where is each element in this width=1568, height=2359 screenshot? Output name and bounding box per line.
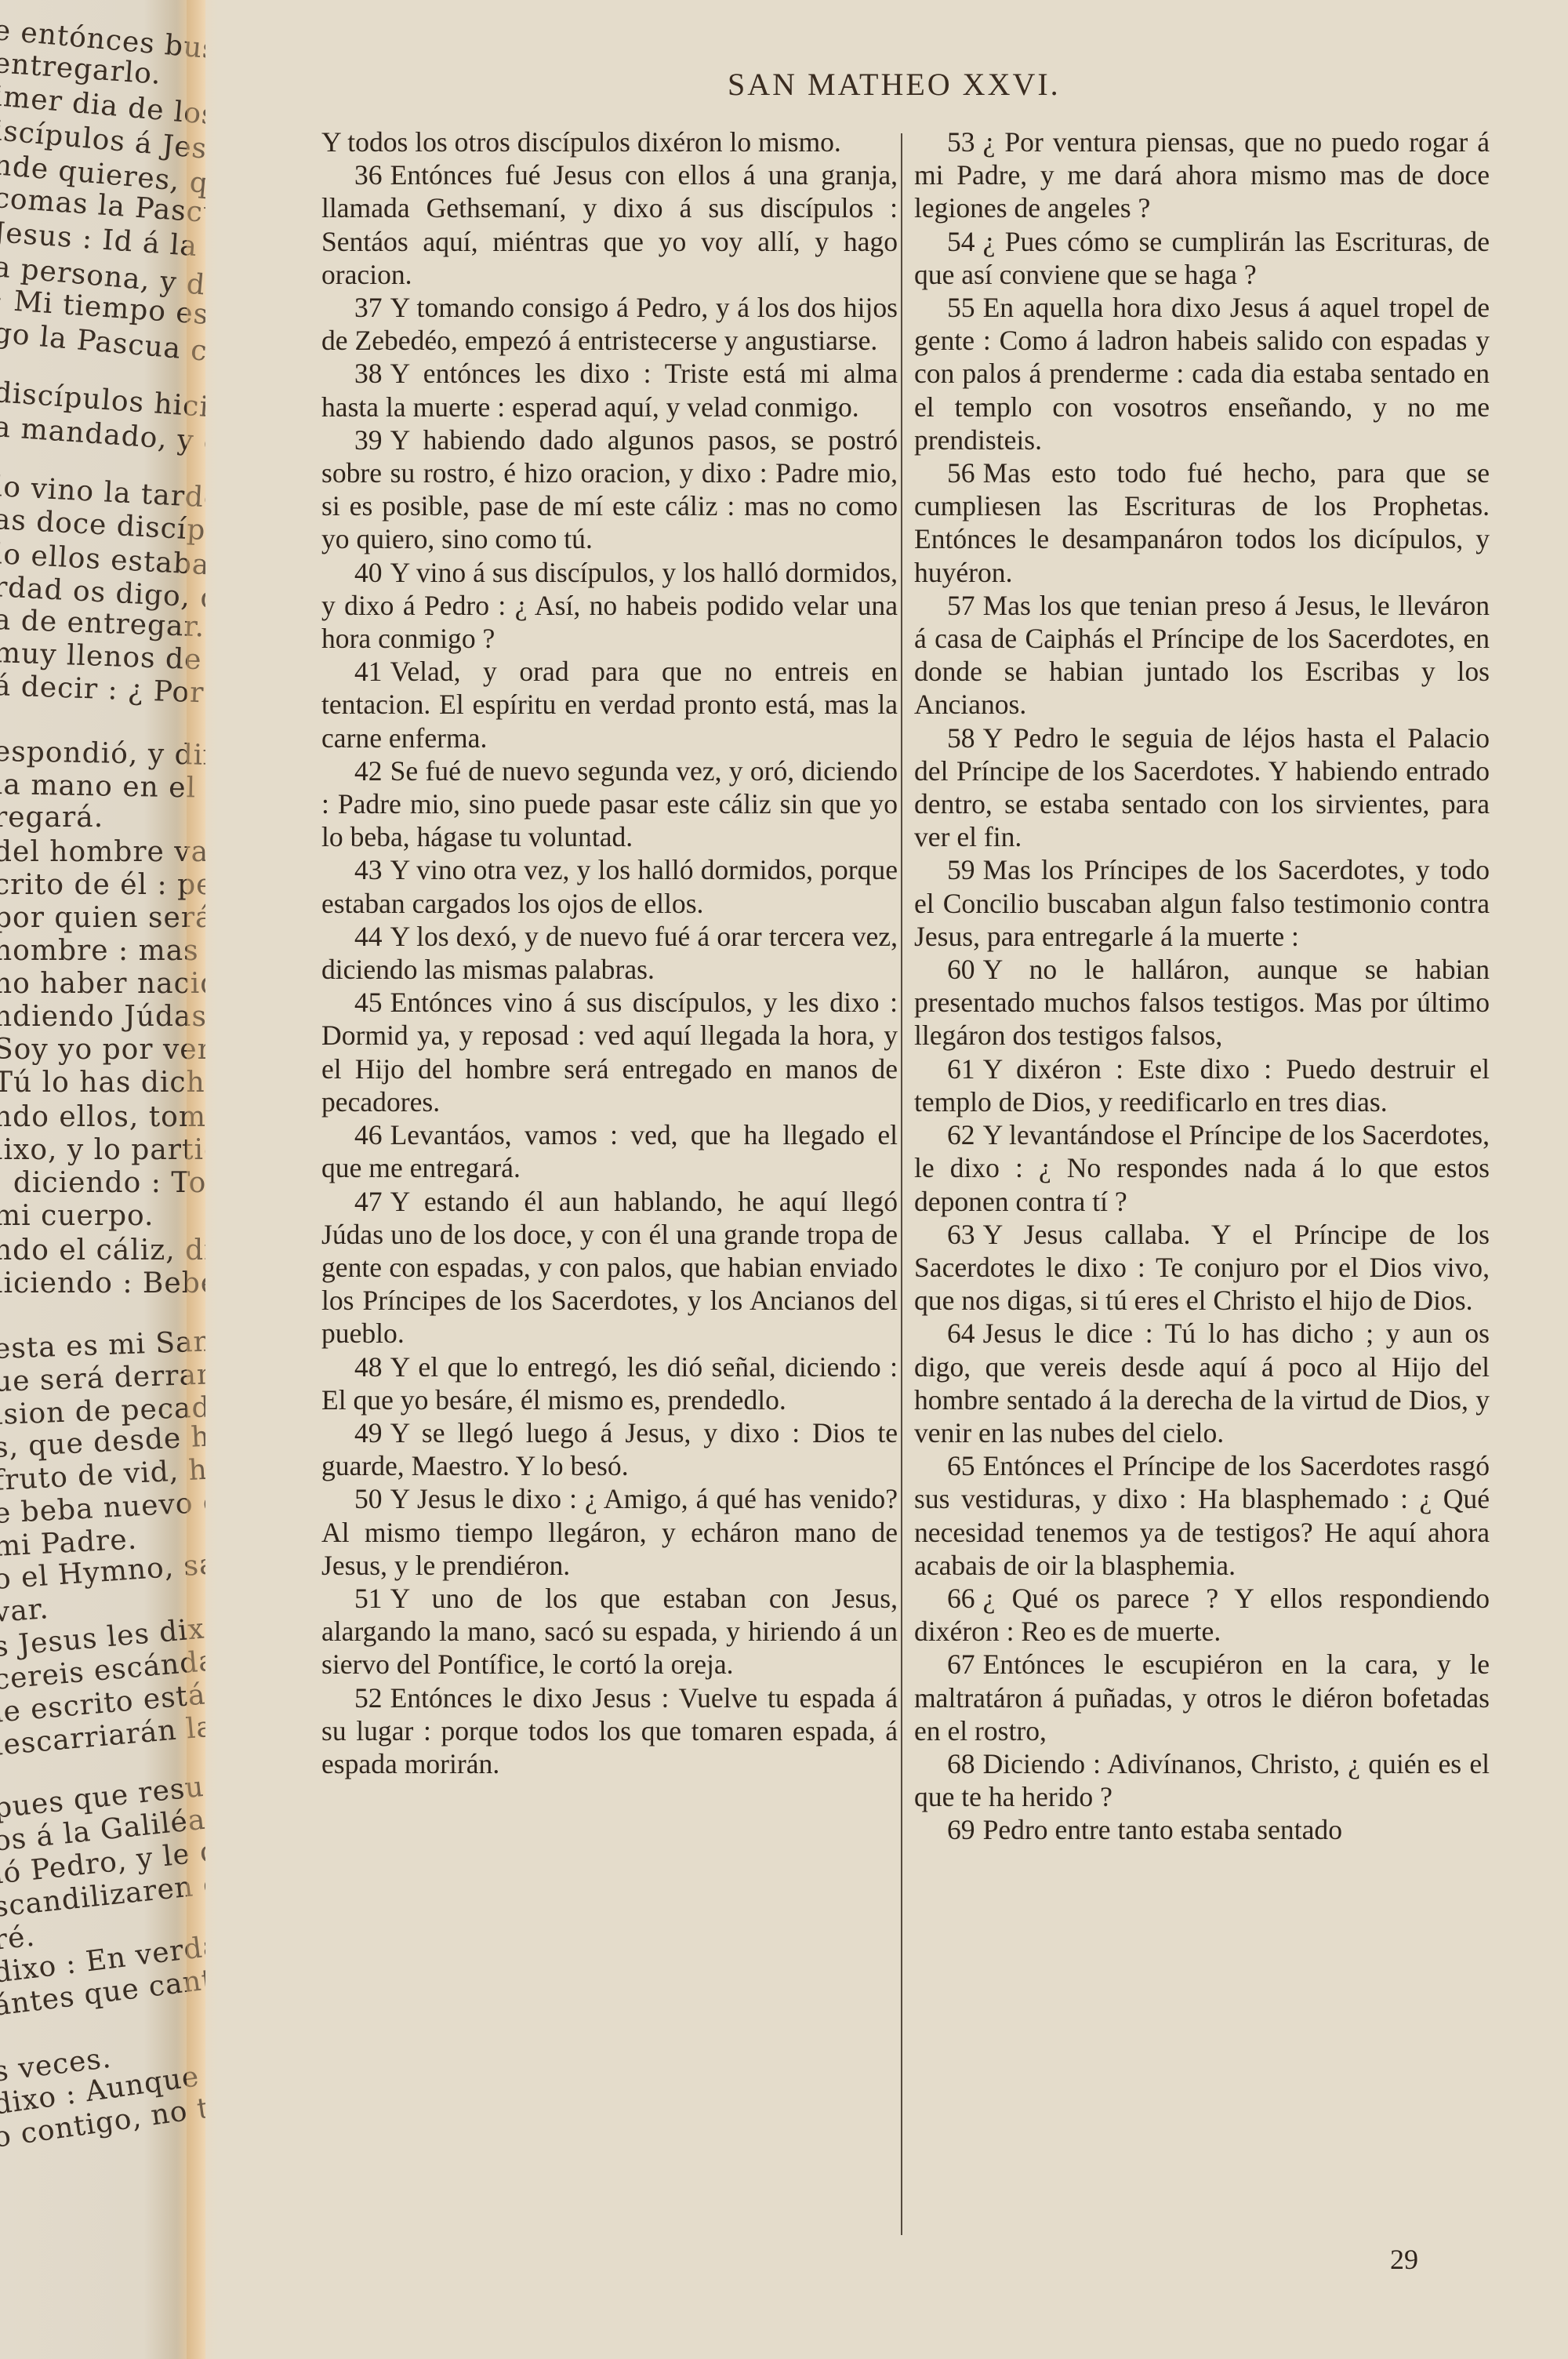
verse: 49Y se llegó luego á Jesus, y dixo : Dio… xyxy=(321,1416,898,1482)
verse-number: 43 xyxy=(354,854,383,885)
verse-text: Diciendo : Adivínanos, Christo, ¿ quién … xyxy=(914,1748,1490,1812)
book-page: SAN MATHEO XXVI. Y todos los otros discí… xyxy=(0,0,1568,2359)
verse-text: Se fué de nuevo segunda vez, y oró, dici… xyxy=(321,755,898,852)
verse: 36Entónces fué Jesus con ellos á una gra… xyxy=(321,158,898,291)
verse: 51Y uno de los que estaban con Jesus, al… xyxy=(321,1582,898,1681)
verse-text: Mas los Príncipes de los Sacerdotes, y t… xyxy=(914,854,1490,951)
verse: 46Levantáos, vamos : ved, que ha llegado… xyxy=(321,1118,898,1184)
verse: 43Y vino otra vez, y los halló dormidos,… xyxy=(321,853,898,919)
verse-number: 63 xyxy=(947,1219,975,1250)
page-number: 29 xyxy=(1390,2243,1418,2276)
verse-number: 61 xyxy=(947,1053,975,1085)
verse-text: Y vino otra vez, y los halló dormidos, p… xyxy=(321,854,898,918)
verse-text: ¿ Pues cómo se cumplirán las Escrituras,… xyxy=(914,226,1490,290)
verse-number: 54 xyxy=(947,226,975,257)
verse-text: Y el que lo entregó, les dió señal, dici… xyxy=(321,1351,898,1416)
verse: 65Entónces el Príncipe de los Sacerdotes… xyxy=(914,1449,1490,1582)
verse-text: Y no le halláron, aunque se habian prese… xyxy=(914,954,1490,1051)
verse-text: Y Jesus le dixo : ¿ Amigo, á qué has ven… xyxy=(321,1483,898,1580)
verse-number: 58 xyxy=(947,722,975,754)
verse-number: 37 xyxy=(354,292,383,323)
verse-text: Y estando él aun hablando, he aquí llegó… xyxy=(321,1186,898,1350)
verse-number: 57 xyxy=(947,590,975,621)
verse: 63Y Jesus callaba. Y el Príncipe de los … xyxy=(914,1218,1490,1318)
verse-number: 60 xyxy=(947,954,975,985)
verse-text: Entónces vino á sus discípulos, y les di… xyxy=(321,987,898,1118)
verse-number: 53 xyxy=(947,126,975,158)
verse: 64Jesus le dice : Tú lo has dicho ; y au… xyxy=(914,1317,1490,1449)
verse-text: Y vino á sus discípulos, y los halló dor… xyxy=(321,557,898,654)
verse: 53¿ Por ventura piensas, que no puedo ro… xyxy=(914,125,1490,225)
verse-text: Y uno de los que estaban con Jesus, alar… xyxy=(321,1583,898,1680)
verse: 48Y el que lo entregó, les dió señal, di… xyxy=(321,1350,898,1416)
verse-number: 49 xyxy=(354,1417,383,1448)
verse-text: Mas esto todo fué hecho, para que se cum… xyxy=(914,457,1490,588)
verse-text: Y se llegó luego á Jesus, y dixo : Dios … xyxy=(321,1417,898,1481)
verse-text: Y Pedro le seguia de léjos hasta el Pala… xyxy=(914,722,1490,853)
verse-number: 41 xyxy=(354,656,383,687)
verse-text: ¿ Qué os parece ? Y ellos respondiendo d… xyxy=(914,1583,1490,1647)
verse: 41Velad, y orad para que no entreis en t… xyxy=(321,655,898,754)
verse-text: Mas los que tenian preso á Jesus, le lle… xyxy=(914,590,1490,721)
verse: 56Mas esto todo fué hecho, para que se c… xyxy=(914,456,1490,589)
verse-number: 47 xyxy=(354,1186,383,1217)
verse-number: 65 xyxy=(947,1450,975,1481)
verse-number: 46 xyxy=(354,1119,383,1150)
verse-number: 62 xyxy=(947,1119,975,1150)
verse: 62Y levantándose el Príncipe de los Sace… xyxy=(914,1118,1490,1218)
verse-number: 56 xyxy=(947,457,975,489)
verse: 58Y Pedro le seguia de léjos hasta el Pa… xyxy=(914,722,1490,854)
verse-number: 40 xyxy=(354,557,383,588)
verse-text: Entónces fué Jesus con ellos á una granj… xyxy=(321,159,898,290)
verse-text: Y todos los otros discípulos dixéron lo … xyxy=(321,126,841,158)
verse: 54¿ Pues cómo se cumplirán las Escritura… xyxy=(914,225,1490,291)
verse: 55En aquella hora dixo Jesus á aquel tro… xyxy=(914,291,1490,456)
verse-number: 67 xyxy=(947,1648,975,1680)
verse: 61Y dixéron : Este dixo : Puedo destruir… xyxy=(914,1052,1490,1118)
verse-number: 50 xyxy=(354,1483,383,1514)
verse-text: ¿ Por ventura piensas, que no puedo roga… xyxy=(914,126,1490,224)
verse-number: 44 xyxy=(354,921,383,952)
verse: 59Mas los Príncipes de los Sacerdotes, y… xyxy=(914,853,1490,953)
verse-number: 52 xyxy=(354,1682,383,1714)
verse: 68Diciendo : Adivínanos, Christo, ¿ quié… xyxy=(914,1747,1490,1813)
verse-number: 36 xyxy=(354,159,383,191)
verse-number: 64 xyxy=(947,1318,975,1349)
verse: 40Y vino á sus discípulos, y los halló d… xyxy=(321,556,898,656)
verse: 37Y tomando consigo á Pedro, y á los dos… xyxy=(321,291,898,357)
verse-text: Y dixéron : Este dixo : Puedo destruir e… xyxy=(914,1053,1490,1118)
verse-text: Entónces el Príncipe de los Sacerdotes r… xyxy=(914,1450,1490,1581)
verse: 67Entónces le escupiéron en la cara, y l… xyxy=(914,1648,1490,1747)
verse-number: 48 xyxy=(354,1351,383,1383)
verse: 50Y Jesus le dixo : ¿ Amigo, á qué has v… xyxy=(321,1482,898,1582)
verse-number: 45 xyxy=(354,987,383,1018)
verse: 57Mas los que tenian preso á Jesus, le l… xyxy=(914,589,1490,722)
verse-number: 39 xyxy=(354,424,383,456)
verse-text: Pedro entre tanto estaba sentado xyxy=(983,1814,1342,1845)
verse-number: 68 xyxy=(947,1748,975,1779)
verse: 52Entónces le dixo Jesus : Vuelve tu esp… xyxy=(321,1681,898,1781)
verse: 47Y estando él aun hablando, he aquí lle… xyxy=(321,1185,898,1350)
verse-number: 55 xyxy=(947,292,975,323)
right-column: 53¿ Por ventura piensas, que no puedo ro… xyxy=(914,125,1490,1847)
verse-text: Velad, y orad para que no entreis en ten… xyxy=(321,656,898,753)
verse: 38Y entónces les dixo : Triste está mi a… xyxy=(321,357,898,423)
verse-number: 51 xyxy=(354,1583,383,1614)
verse-text: Entónces le dixo Jesus : Vuelve tu espad… xyxy=(321,1682,898,1779)
verse-text: Y los dexó, y de nuevo fué á orar tercer… xyxy=(321,921,898,985)
verse-text: Entónces le escupiéron en la cara, y le … xyxy=(914,1648,1490,1746)
verse-text: Y entónces les dixo : Triste está mi alm… xyxy=(321,358,898,422)
verse-number: 38 xyxy=(354,358,383,389)
left-column: Y todos los otros discípulos dixéron lo … xyxy=(321,125,898,1780)
verse: 39Y habiendo dado algunos pasos, se post… xyxy=(321,423,898,556)
verse: 44Y los dexó, y de nuevo fué á orar terc… xyxy=(321,920,898,986)
verse-text: Y tomando consigo á Pedro, y á los dos h… xyxy=(321,292,898,356)
verse-text: En aquella hora dixo Jesus á aquel trope… xyxy=(914,292,1490,456)
verse: 69Pedro entre tanto estaba sentado xyxy=(914,1813,1490,1846)
running-head: SAN MATHEO XXVI. xyxy=(728,66,1120,103)
verse-text: Jesus le dice : Tú lo has dicho ; y aun … xyxy=(914,1318,1490,1448)
verse: 60Y no le halláron, aunque se habian pre… xyxy=(914,953,1490,1052)
verse-number: 42 xyxy=(354,755,383,787)
verse: Y todos los otros discípulos dixéron lo … xyxy=(321,125,898,158)
verse: 45Entónces vino á sus discípulos, y les … xyxy=(321,986,898,1118)
verse-text: Y Jesus callaba. Y el Príncipe de los Sa… xyxy=(914,1219,1490,1316)
verse-text: Y levantándose el Príncipe de los Sacerd… xyxy=(914,1119,1490,1216)
verse-number: 59 xyxy=(947,854,975,885)
verse: 66¿ Qué os parece ? Y ellos respondiendo… xyxy=(914,1582,1490,1648)
verse-text: Levantáos, vamos : ved, que ha llegado e… xyxy=(321,1119,898,1183)
column-divider xyxy=(901,133,902,2235)
verse: 42Se fué de nuevo segunda vez, y oró, di… xyxy=(321,754,898,854)
verse-text: Y habiendo dado algunos pasos, se postró… xyxy=(321,424,898,555)
verse-number: 69 xyxy=(947,1814,975,1845)
verse-number: 66 xyxy=(947,1583,975,1614)
